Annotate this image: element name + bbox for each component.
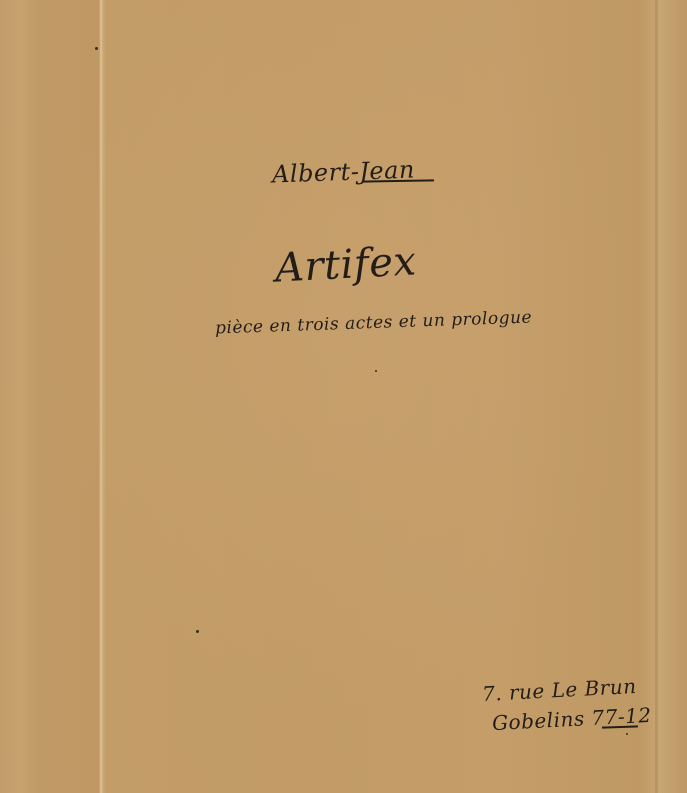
paper-fold-right — [655, 0, 658, 793]
paper-fold-left — [100, 0, 102, 793]
address-line-1: 7. rue Le Brun — [481, 674, 637, 706]
manuscript-cover: Albert-Jean Artifex pièce en trois actes… — [0, 0, 687, 793]
paper-speck — [95, 47, 98, 50]
play-title: Artifex — [274, 238, 418, 291]
play-subtitle: pièce en trois actes et un prologue — [215, 307, 533, 338]
paper-speck — [375, 370, 377, 372]
author-name: Albert-Jean — [272, 156, 416, 189]
paper-speck — [626, 733, 628, 735]
address-line-2: Gobelins 77-12 — [491, 703, 652, 735]
paper-speck — [196, 630, 199, 633]
